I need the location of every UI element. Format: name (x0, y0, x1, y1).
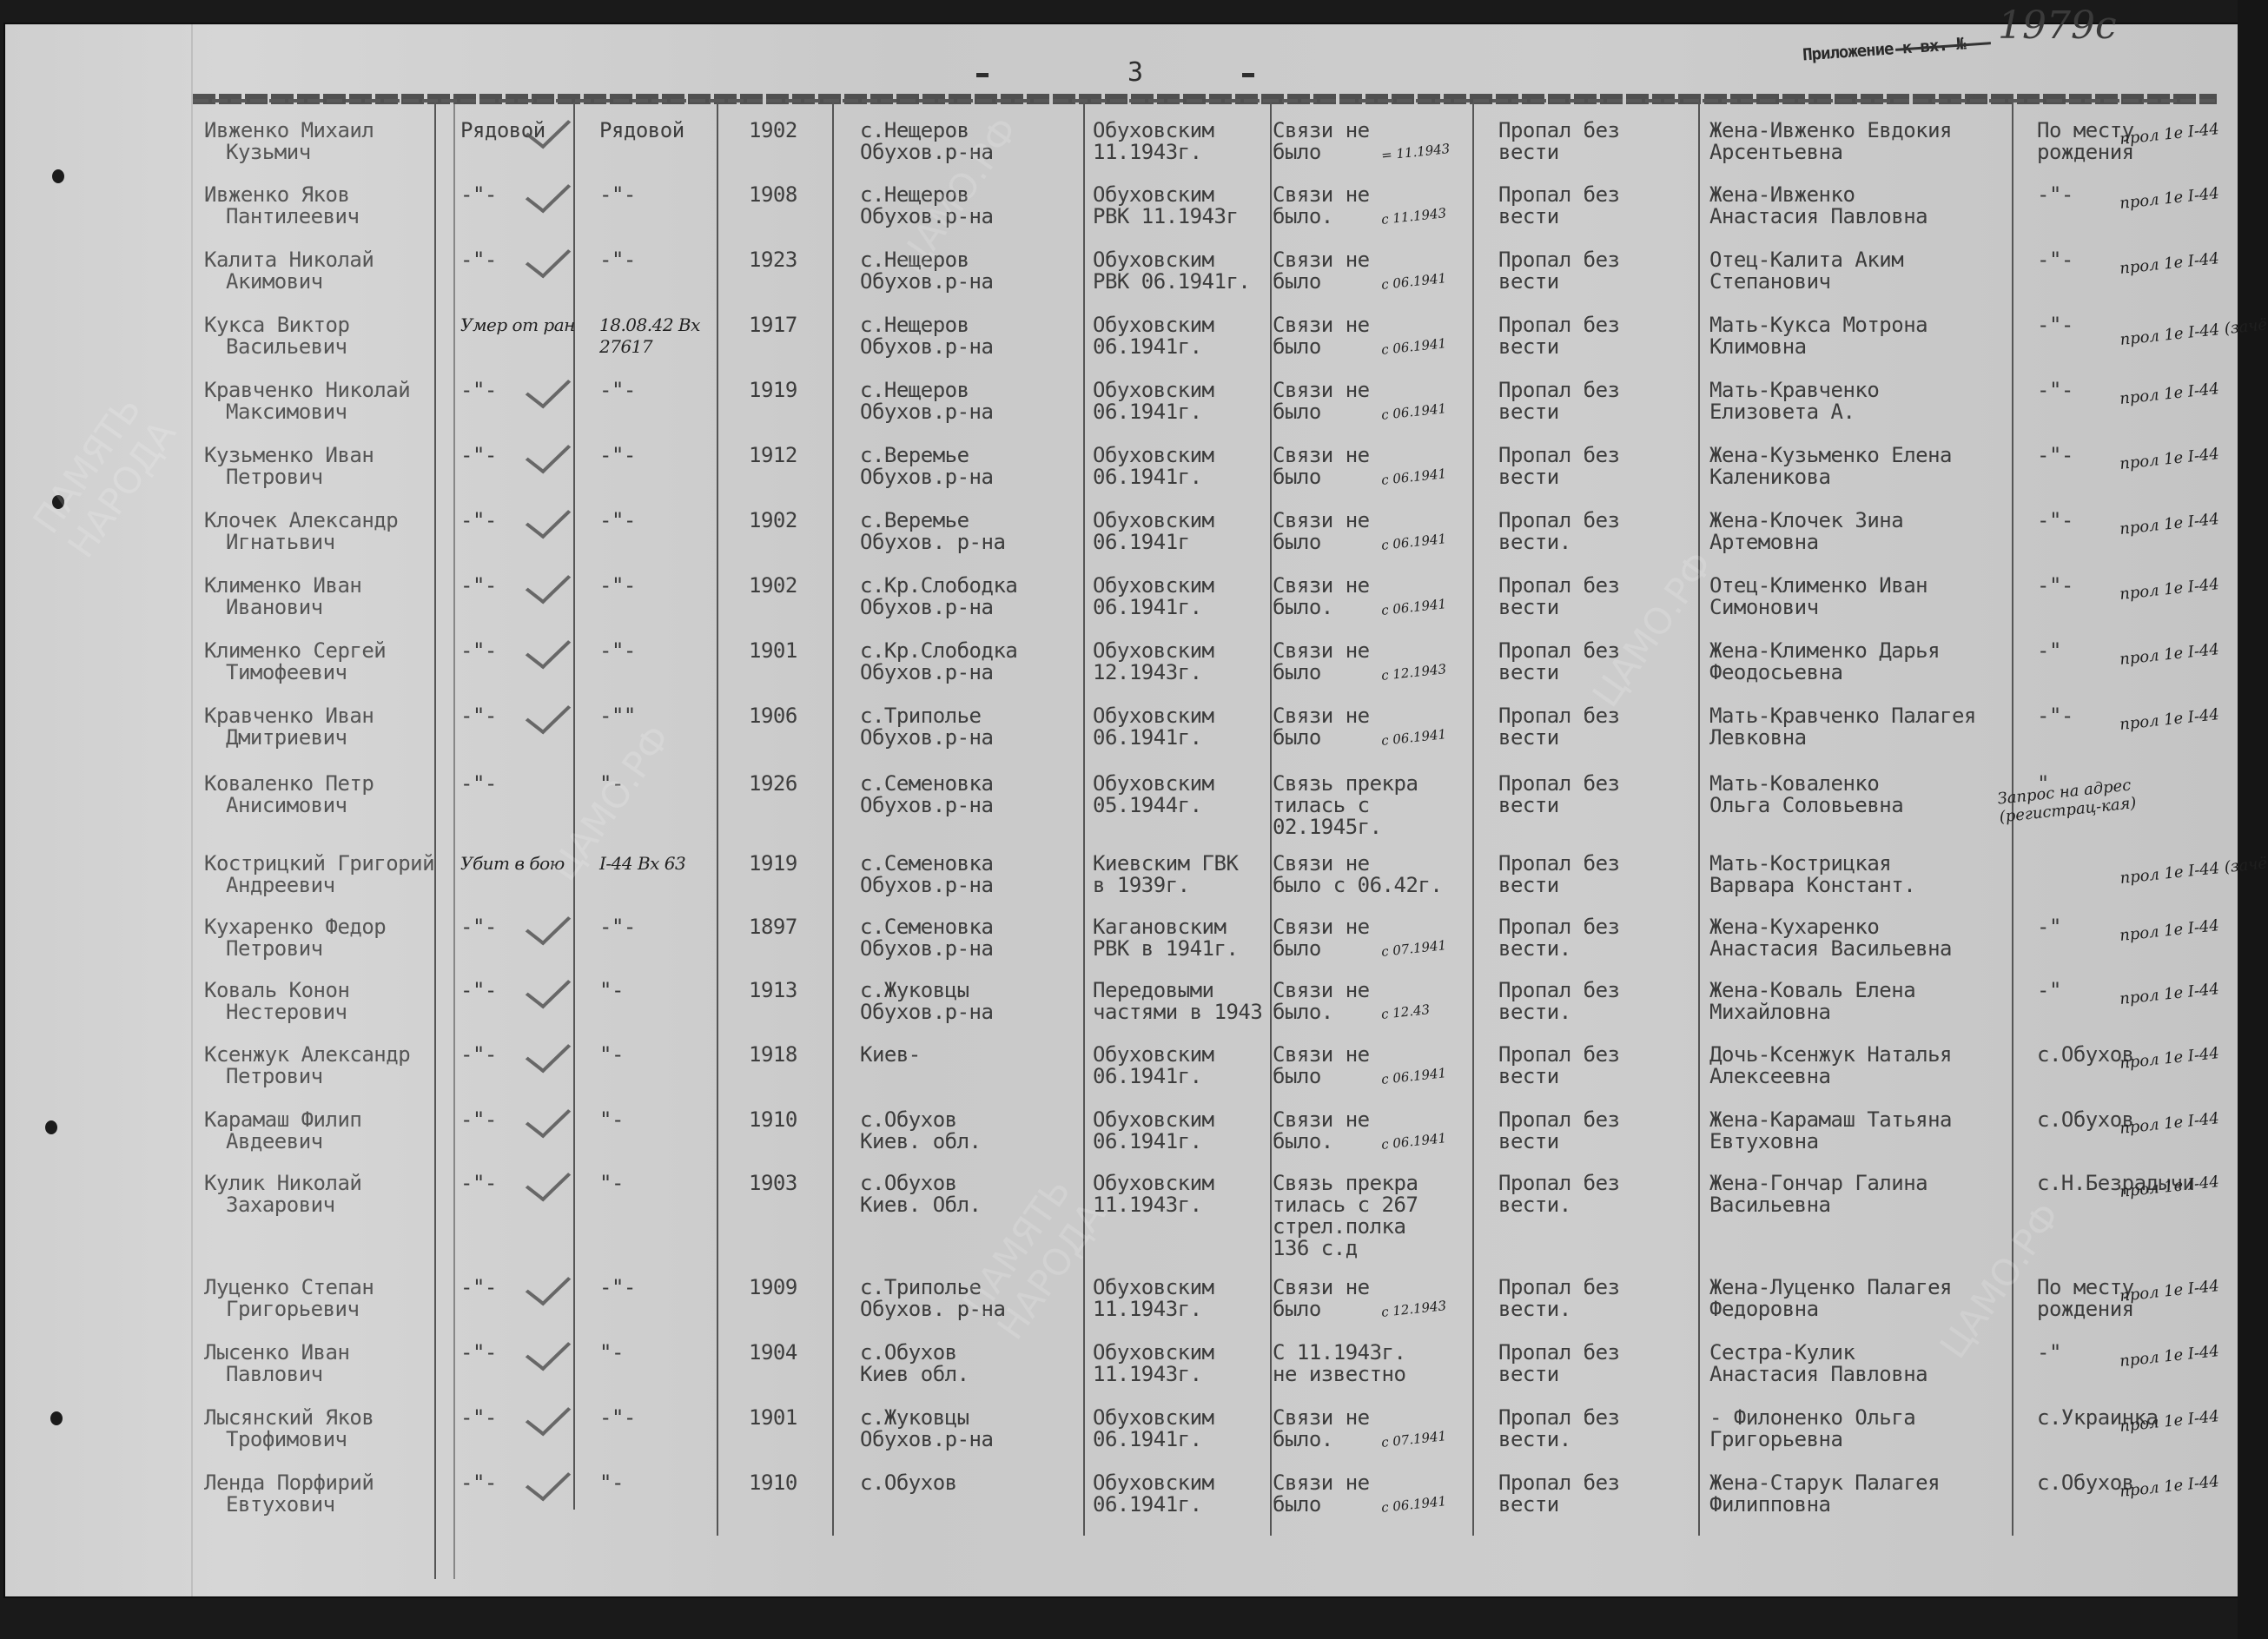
cell-note: Связь прекра (1273, 773, 1418, 795)
cell-place: с.Нещеров (860, 249, 969, 271)
cell-rvk: Обуховским (1093, 773, 1214, 795)
cell-year: 1926 (749, 773, 797, 795)
cell-status: вести. (1498, 1194, 1571, 1216)
cell-name: Луценко Степан (204, 1277, 374, 1299)
cell-rel: Феодосьевна (1709, 662, 1842, 684)
cell-note: 02.1945г. (1273, 816, 1382, 838)
cell-note: Связи не (1273, 705, 1370, 727)
cell-note: Связи не (1273, 1109, 1370, 1131)
cell-note: не известно (1273, 1364, 1405, 1385)
cell-status: Пропал без (1498, 120, 1620, 142)
cell-addr: -" (2037, 640, 2061, 662)
cell-note: было. (1273, 1429, 1333, 1451)
cell-addr: -" (2037, 916, 2061, 938)
cell-note: было (1273, 938, 1321, 960)
cell-year: 1902 (749, 575, 797, 597)
cell-rvk: Обуховским (1093, 575, 1214, 597)
cell-name: Кузьменко Иван (204, 445, 374, 466)
cell-name: Тимофеевич (226, 662, 347, 684)
cell-place: с.Обухов (860, 1472, 957, 1494)
cell-year: 1919 (749, 853, 797, 875)
cell-status: вести (1498, 597, 1559, 618)
cell-status: Пропал без (1498, 773, 1620, 795)
cell-name: Андреевич (226, 875, 335, 896)
cell-note: Связи не (1273, 249, 1370, 271)
column-rule (832, 102, 834, 1536)
cell-rel: Арсентьевна (1709, 142, 1842, 163)
cell-place: с.Нещеров (860, 380, 969, 401)
cell-rel: Жена-Ивженко Евдокия (1709, 120, 1952, 142)
cell-rel: Жена-Карамаш Татьяна (1709, 1109, 1952, 1131)
cell-place: Обухов.р-на (860, 662, 993, 684)
cell-rank: -"- (460, 773, 497, 795)
cell-note: Связи не (1273, 184, 1370, 206)
cell-rvk: Обуховским (1093, 1407, 1214, 1429)
cell-rel: Степанович (1709, 271, 1831, 293)
cell-rel: Жена-Клочек Зина (1709, 510, 1903, 532)
cell-place: Обухов.р-на (860, 401, 993, 423)
cell-rvk: 06.1941г. (1093, 1066, 1202, 1087)
cell-rvk: Обуховским (1093, 1277, 1214, 1299)
cell-name: Захарович (226, 1194, 335, 1216)
cell-place: с.Нещеров (860, 314, 969, 336)
cell-addr: -"- (2037, 314, 2073, 336)
cell-year: 1918 (749, 1044, 797, 1066)
cell-name: Кузьмич (226, 142, 311, 163)
cell-name: Игнатьвич (226, 532, 335, 553)
cell-rank: "- (599, 1109, 624, 1131)
cell-rel: Дочь-Ксенжук Наталья (1709, 1044, 1952, 1066)
cell-note: Связи не (1273, 575, 1370, 597)
cell-note: было (1273, 142, 1321, 163)
cell-rvk: 06.1941г. (1093, 1494, 1202, 1516)
header-rule (193, 94, 2217, 104)
cell-status: вести. (1498, 1429, 1571, 1451)
cell-place: с.Семеновка (860, 773, 993, 795)
cell-rank: Убит в бою (460, 853, 582, 875)
cell-place: с.Кр.Слободка (860, 640, 1017, 662)
cell-rvk: Обуховским (1093, 120, 1214, 142)
cell-note: С 11.1943г. (1273, 1342, 1405, 1364)
cell-rel: - Филоненко Ольга (1709, 1407, 1915, 1429)
cell-rank: -"- (599, 1407, 636, 1429)
cell-rank: "- (599, 1044, 624, 1066)
cell-name: Коваленко Петр (204, 773, 374, 795)
cell-rvk: 06.1941г. (1093, 1429, 1202, 1451)
cell-rank: -"- (460, 380, 497, 401)
cell-rvk: 06.1941г. (1093, 597, 1202, 618)
cell-name: Карамаш Филип (204, 1109, 361, 1131)
cell-rel: Варвара Констант. (1709, 875, 1915, 896)
cell-status: Пропал без (1498, 640, 1620, 662)
cell-addr: -" (2037, 980, 2061, 1001)
cell-name: Кострицкий Григорий (204, 853, 434, 875)
cell-rel: Федоровна (1709, 1299, 1819, 1320)
cell-addr: рождения (2037, 142, 2134, 163)
cell-rvk: Обуховским (1093, 1472, 1214, 1494)
cell-name: Клименко Сергей (204, 640, 386, 662)
cell-rel: Отец-Калита Аким (1709, 249, 1903, 271)
cell-name: Максимович (226, 401, 347, 423)
cell-rvk: 05.1944г. (1093, 795, 1202, 816)
cell-note: Связи не (1273, 1407, 1370, 1429)
cell-name: Кукса Виктор (204, 314, 349, 336)
cell-rvk: 06.1941г. (1093, 727, 1202, 749)
cell-rank: -"- (599, 445, 636, 466)
cell-rel: Мать-Кукса Мотрона (1709, 314, 1927, 336)
cell-note: было. (1273, 597, 1333, 618)
cell-year: 1909 (749, 1277, 797, 1299)
cell-name: Кухаренко Федор (204, 916, 386, 938)
cell-rel: Жена-Коваль Елена (1709, 980, 1915, 1001)
cell-note: было. (1273, 1131, 1333, 1153)
cell-rel: Филипповна (1709, 1494, 1831, 1516)
punch-hole (50, 1411, 63, 1425)
cell-rel: Анастасия Павловна (1709, 1364, 1927, 1385)
cell-rvk: Обуховским (1093, 705, 1214, 727)
cell-rvk: 11.1943г. (1093, 1194, 1202, 1216)
cell-status: вести (1498, 1131, 1559, 1153)
cell-status: вести (1498, 206, 1559, 228)
cell-status: вести (1498, 1494, 1559, 1516)
cell-addr: -"- (2037, 705, 2073, 727)
cell-name: Васильевич (226, 336, 347, 358)
cell-rel: Жена-Клименко Дарья (1709, 640, 1940, 662)
handwritten-number: 1979с (1998, 3, 2117, 48)
cell-name: Петрович (226, 466, 323, 488)
cell-rank: -"- (460, 249, 497, 271)
cell-note: Связи не (1273, 445, 1370, 466)
cell-note: Связи не (1273, 853, 1370, 875)
cell-rel: Мать-Коваленко (1709, 773, 1879, 795)
cell-status: вести (1498, 466, 1559, 488)
cell-name: Петрович (226, 938, 323, 960)
cell-note: Связи не (1273, 314, 1370, 336)
cell-rvk: 06.1941г. (1093, 1131, 1202, 1153)
cell-place: Обухов.р-на (860, 795, 993, 816)
cell-place: с.Семеновка (860, 916, 993, 938)
column-rule (573, 102, 575, 1510)
cell-place: с.Обухов (860, 1342, 957, 1364)
cell-rel: Елизовета А. (1709, 401, 1855, 423)
cell-status: вести (1498, 271, 1559, 293)
cell-year: 1917 (749, 314, 797, 336)
cell-rel: Алексеевна (1709, 1066, 1831, 1087)
cell-rvk: 11.1943г. (1093, 142, 1202, 163)
cell-rvk: Обуховским (1093, 380, 1214, 401)
cell-status: вести. (1498, 1001, 1571, 1023)
cell-rank: "- (599, 1173, 624, 1194)
cell-status: вести (1498, 662, 1559, 684)
cell-rvk: РВК 06.1941г. (1093, 271, 1250, 293)
cell-year: 1913 (749, 980, 797, 1001)
cell-note: было (1273, 532, 1321, 553)
cell-place: Киев. обл. (860, 1131, 982, 1153)
cell-rank: -"" (599, 705, 636, 727)
cell-place: с.Обухов (860, 1109, 957, 1131)
cell-year: 1902 (749, 510, 797, 532)
cell-rel: Васильевна (1709, 1194, 1831, 1216)
cell-name: Лысенко Иван (204, 1342, 349, 1364)
cell-rel: Евтуховна (1709, 1131, 1819, 1153)
cell-note: стрел.полка (1273, 1216, 1405, 1238)
cell-place: с.Нещеров (860, 120, 969, 142)
cell-year: 1923 (749, 249, 797, 271)
cell-note: Связи не (1273, 510, 1370, 532)
cell-place: Обухов.р-на (860, 271, 993, 293)
cell-status: Пропал без (1498, 314, 1620, 336)
cell-rel: Жена-Старук Палагея (1709, 1472, 1940, 1494)
cell-name: Клименко Иван (204, 575, 361, 597)
cell-place: Обухов.р-на (860, 938, 993, 960)
cell-status: Пропал без (1498, 575, 1620, 597)
cell-place: Обухов.р-на (860, 875, 993, 896)
cell-rvk: 11.1943г. (1093, 1364, 1202, 1385)
cell-place: с.Веремье (860, 445, 969, 466)
cell-rel: Мать-Кострицкая (1709, 853, 1891, 875)
cell-year: 1908 (749, 184, 797, 206)
cell-addr: -"- (2037, 184, 2073, 206)
cell-rel: Мать-Кравченко (1709, 380, 1879, 401)
cell-name: Ивженко Михаил (204, 120, 374, 142)
cell-rank: -"- (599, 916, 636, 938)
cell-year: 1910 (749, 1472, 797, 1494)
cell-year: 1903 (749, 1173, 797, 1194)
cell-rel: Климовна (1709, 336, 1807, 358)
column-rule (453, 102, 455, 1579)
cell-rank: -"- (460, 1342, 497, 1364)
cell-name: Анисимович (226, 795, 347, 816)
cell-name: Петрович (226, 1066, 323, 1087)
cell-note: Связи не (1273, 1277, 1370, 1299)
cell-rank: 18.08.42 Вх 27617 (599, 314, 721, 358)
cell-rel: Симонович (1709, 597, 1819, 618)
cell-name: Коваль Конон (204, 980, 349, 1001)
cell-status: вести. (1498, 1299, 1571, 1320)
cell-status: вести (1498, 1066, 1559, 1087)
cell-place: Киев- (860, 1044, 921, 1066)
cell-rvk: Обуховским (1093, 1342, 1214, 1364)
punch-hole (52, 169, 64, 183)
cell-rvk: Передовыми (1093, 980, 1214, 1001)
cell-note: было (1273, 1066, 1321, 1087)
cell-addr: -"- (2037, 510, 2073, 532)
cell-rank: -"- (460, 916, 497, 938)
cell-status: Пропал без (1498, 853, 1620, 875)
cell-rank: -"- (460, 1173, 497, 1194)
cell-status: вести (1498, 1364, 1559, 1385)
cell-status: вести (1498, 795, 1559, 816)
cell-name: Кулик Николай (204, 1173, 361, 1194)
cell-place: Обухов.р-на (860, 206, 993, 228)
cell-rvk: 06.1941г (1093, 532, 1190, 553)
punch-hole (52, 495, 64, 509)
cell-note: было (1273, 662, 1321, 684)
cell-status: Пропал без (1498, 916, 1620, 938)
cell-place: с.Жуковцы (860, 1407, 969, 1429)
cell-note: было (1273, 466, 1321, 488)
cell-place: Обухов.р-на (860, 727, 993, 749)
cell-year: 1910 (749, 1109, 797, 1131)
cell-year: 1912 (749, 445, 797, 466)
cell-rvk: РВК в 1941г. (1093, 938, 1238, 960)
cell-place: с.Кр.Слободка (860, 575, 1017, 597)
cell-place: Обухов. р-на (860, 1299, 1005, 1320)
cell-year: 1901 (749, 1407, 797, 1429)
cell-name: Калита Николай (204, 249, 374, 271)
cell-status: Пропал без (1498, 1277, 1620, 1299)
cell-rvk: 12.1943г. (1093, 662, 1202, 684)
cell-note: было (1273, 1299, 1321, 1320)
cell-status: вести (1498, 727, 1559, 749)
cell-rank: I-44 Вх 63 (599, 853, 721, 875)
cell-note: было. (1273, 1001, 1333, 1023)
cell-rel: Григорьевна (1709, 1429, 1842, 1451)
cell-rank: "- (599, 1342, 624, 1364)
cell-rvk: частями в 1943 (1093, 1001, 1262, 1023)
cell-rel: Анастасия Васильевна (1709, 938, 1952, 960)
cell-name: Акимович (226, 271, 323, 293)
cell-rel: Анастасия Павловна (1709, 206, 1927, 228)
cell-status: вести (1498, 875, 1559, 896)
cell-rvk: РВК 11.1943г (1093, 206, 1238, 228)
cell-note: Связи не (1273, 640, 1370, 662)
cell-rel: Артемовна (1709, 532, 1819, 553)
cell-note: было (1273, 1494, 1321, 1516)
cell-rank: -"- (460, 640, 497, 662)
cell-rel: Ольга Соловьевна (1709, 795, 1903, 816)
cell-addr: -"- (2037, 445, 2073, 466)
cell-rvk: 06.1941г. (1093, 466, 1202, 488)
cell-place: Обухов.р-на (860, 597, 993, 618)
cell-name: Евтухович (226, 1494, 335, 1516)
cell-rank: -"- (460, 1277, 497, 1299)
cell-rank: -"- (460, 1407, 497, 1429)
cell-rel: Жена-Кухаренко (1709, 916, 1879, 938)
cell-note: тилась с (1273, 795, 1370, 816)
cell-year: 1897 (749, 916, 797, 938)
cell-note: тилась с 267 (1273, 1194, 1418, 1216)
cell-status: Пропал без (1498, 1173, 1620, 1194)
cell-name: Авдеевич (226, 1131, 323, 1153)
cell-addr: -" (2037, 1342, 2061, 1364)
cell-rvk: в 1939г. (1093, 875, 1190, 896)
cell-name: Нестерович (226, 1001, 347, 1023)
cell-place: Обухов.р-на (860, 336, 993, 358)
cell-note: Связи не (1273, 916, 1370, 938)
cell-status: вести. (1498, 938, 1571, 960)
cell-place: с.Нещеров (860, 184, 969, 206)
cell-note: Связи не (1273, 1044, 1370, 1066)
cell-rel: Сестра-Кулик (1709, 1342, 1855, 1364)
cell-rank: -"- (460, 510, 497, 532)
page-fold (191, 24, 193, 1596)
cell-name: Клочек Александр (204, 510, 398, 532)
cell-rank: -"- (460, 705, 497, 727)
cell-year: 1901 (749, 640, 797, 662)
cell-place: с.Жуковцы (860, 980, 969, 1001)
cell-year: 1919 (749, 380, 797, 401)
cell-addr: -"- (2037, 249, 2073, 271)
column-rule (1270, 102, 1272, 1536)
cell-note: было (1273, 727, 1321, 749)
cell-rank: "- (599, 773, 624, 795)
cell-status: Пропал без (1498, 1044, 1620, 1066)
cell-rvk: Обуховским (1093, 314, 1214, 336)
cell-note: было (1273, 271, 1321, 293)
cell-note: Связи не (1273, 120, 1370, 142)
cell-rvk: Обуховским (1093, 445, 1214, 466)
cell-name: Иванович (226, 597, 323, 618)
cell-place: Обухов.р-на (860, 466, 993, 488)
cell-place: Обухов.р-на (860, 1429, 993, 1451)
cell-rel: Жена-Гончар Галина (1709, 1173, 1927, 1194)
cell-rank: -"- (460, 1109, 497, 1131)
cell-status: Пропал без (1498, 1407, 1620, 1429)
page-dash (976, 73, 989, 77)
cell-rank: -"- (599, 249, 636, 271)
cell-place: Киев. Обл. (860, 1194, 982, 1216)
page-number: 3 (1127, 57, 1143, 88)
cell-rvk: Кагановским (1093, 916, 1226, 938)
cell-rel: Каленикова (1709, 466, 1831, 488)
column-rule (1698, 102, 1700, 1536)
cell-rel: Отец-Клименко Иван (1709, 575, 1927, 597)
cell-addr: -"- (2037, 380, 2073, 401)
cell-status: вести (1498, 336, 1559, 358)
cell-rank: -"- (460, 445, 497, 466)
cell-name: Пантилеевич (226, 206, 359, 228)
cell-rank: -"- (460, 1472, 497, 1494)
cell-rank: -"- (460, 980, 497, 1001)
cell-rvk: 06.1941г. (1093, 336, 1202, 358)
cell-rank: "- (599, 980, 624, 1001)
cell-note: 136 с.д (1273, 1238, 1358, 1259)
cell-rel: Жена-Ивженко (1709, 184, 1855, 206)
cell-rank: -"- (599, 575, 636, 597)
cell-note: Связи не (1273, 380, 1370, 401)
cell-rvk: Обуховским (1093, 1109, 1214, 1131)
cell-year: 1906 (749, 705, 797, 727)
cell-rel: Левковна (1709, 727, 1807, 749)
scan-edge (2238, 0, 2268, 1639)
cell-status: Пропал без (1498, 510, 1620, 532)
cell-rvk: 06.1941г. (1093, 401, 1202, 423)
cell-rvk: Киевским ГВК (1093, 853, 1238, 875)
cell-place: с.Веремье (860, 510, 969, 532)
cell-rank: Умер от ран (460, 314, 582, 336)
cell-rank: -"- (599, 510, 636, 532)
cell-note: было (1273, 336, 1321, 358)
cell-note: было (1273, 401, 1321, 423)
cell-name: Лысянский Яков (204, 1407, 374, 1429)
column-rule (1083, 102, 1085, 1536)
cell-rel: Жена-Луценко Палагея (1709, 1277, 1952, 1299)
cell-rank: "- (599, 1472, 624, 1494)
cell-status: Пропал без (1498, 184, 1620, 206)
page-dash (1242, 73, 1254, 77)
cell-name: Ксенжук Александр (204, 1044, 410, 1066)
cell-status: Пропал без (1498, 1472, 1620, 1494)
cell-status: Пропал без (1498, 1109, 1620, 1131)
cell-status: Пропал без (1498, 445, 1620, 466)
cell-name: Кравченко Николай (204, 380, 410, 401)
cell-place: Обухов.р-на (860, 1001, 993, 1023)
cell-place: с.Триполье (860, 1277, 982, 1299)
cell-status: Пропал без (1498, 1342, 1620, 1364)
cell-note: было. (1273, 206, 1333, 228)
cell-addr: -"- (2037, 575, 2073, 597)
